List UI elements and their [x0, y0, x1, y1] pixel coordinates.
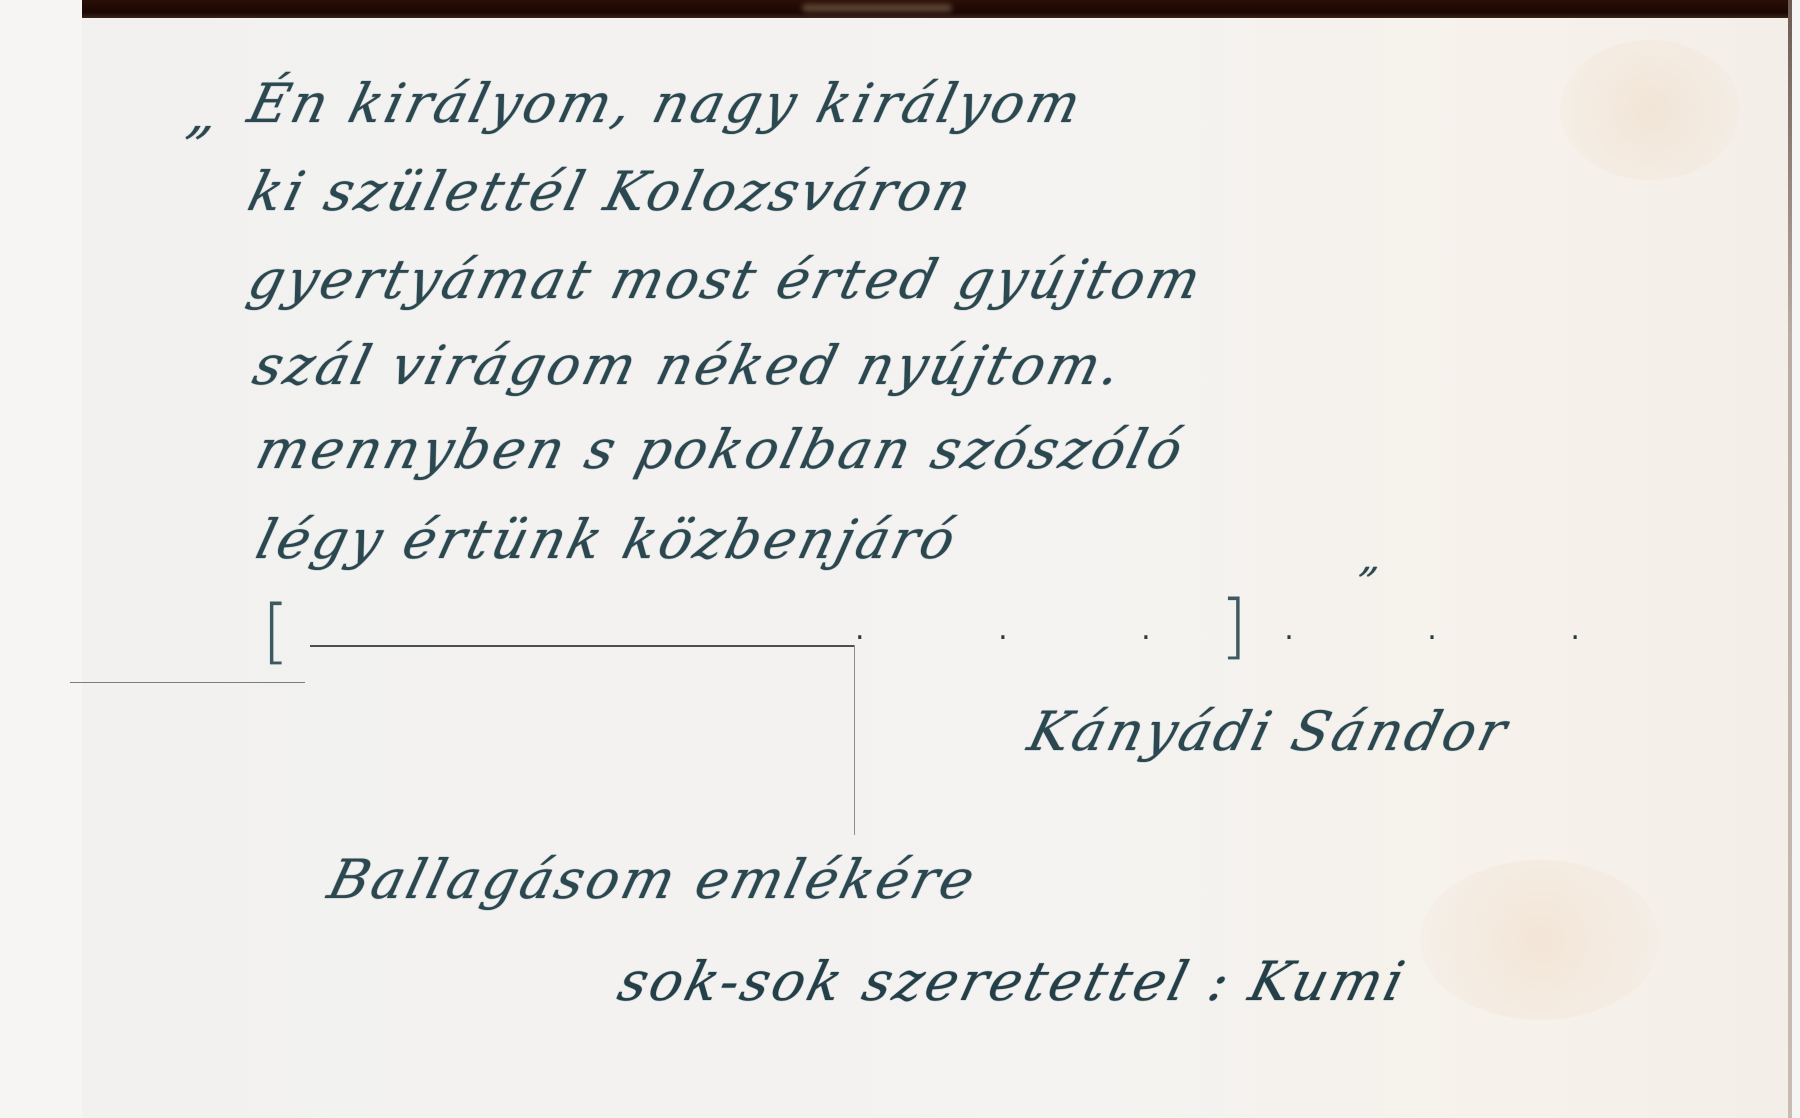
poem-line-1: Én királyom, nagy királyom — [242, 72, 1090, 135]
fold-line-vertical — [854, 645, 855, 835]
omission-open-bracket: [ — [262, 590, 289, 672]
paper-stain — [1420, 860, 1660, 1020]
omission-close-bracket: ] — [1220, 585, 1247, 667]
omission-dots: . . . . . . — [855, 612, 1642, 647]
card-right-edge — [1788, 0, 1792, 1118]
photo-top-edge — [82, 0, 1790, 18]
poem-line-5: mennyben s pokolban szószóló — [250, 418, 1192, 481]
paper-stain — [1560, 40, 1740, 180]
dedication-line-1: Ballagásom emlékére — [322, 848, 984, 911]
poem-line-2: ki születtél Kolozsváron — [242, 160, 980, 223]
poem-line-3: gyertyámat most érted gyújtom — [242, 248, 1210, 311]
poem-line-4: szál virágom néked nyújtom. — [247, 334, 1130, 397]
fold-line-left — [70, 682, 305, 683]
edge-glint — [802, 4, 952, 12]
poem-line-6: légy értünk közbenjáró — [250, 508, 964, 571]
dedication-line-2: sok-sok szeretettel : Kumi — [612, 950, 1413, 1013]
poem-author: Kányádi Sándor — [1022, 700, 1516, 763]
fold-line-horizontal — [310, 645, 855, 647]
